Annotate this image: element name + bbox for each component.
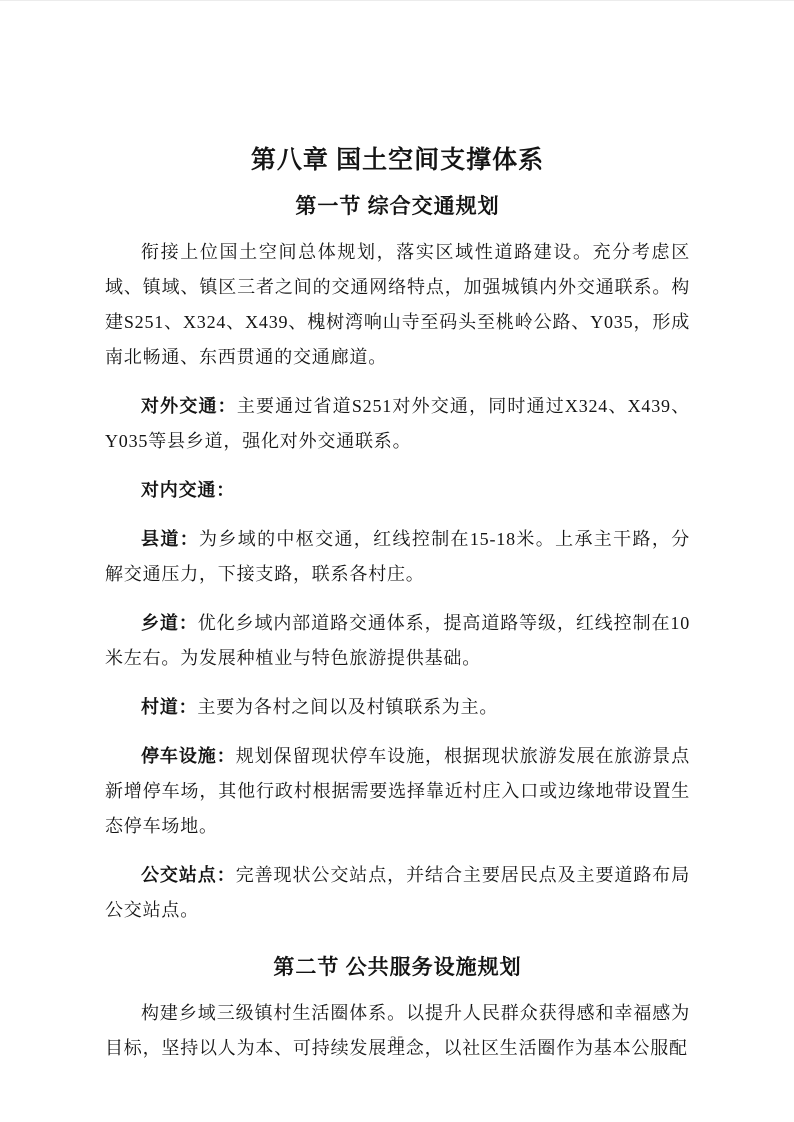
paragraph-text: 主要为各村之间以及村镇联系为主。: [197, 697, 498, 717]
paragraph-county-roads: 县道：为乡域的中枢交通，红线控制在15-18米。上承主干路，分解交通压力，下接支…: [105, 522, 690, 592]
section-comprehensive-transport-planning: 第一节 综合交通规划 衔接上位国土空间总体规划，落实区域性道路建设。充分考虑区域…: [105, 191, 690, 928]
section-1-title: 第一节 综合交通规划: [105, 191, 690, 221]
paragraph-township-roads: 乡道：优化乡域内部道路交通体系，提高道路等级，红线控制在10米左右。为发展种植业…: [105, 606, 690, 676]
paragraph-lead: 停车设施：: [141, 746, 236, 766]
page-number: 35: [0, 1032, 794, 1050]
page-content: 第八章 国土空间支撑体系 第一节 综合交通规划 衔接上位国土空间总体规划，落实区…: [105, 144, 690, 1080]
paragraph-living-circle: 构建乡域三级镇村生活圈体系。以提升人民群众获得感和幸福感为目标，坚持以人为本、可…: [105, 996, 690, 1066]
paragraph-text: 衔接上位国土空间总体规划，落实区域性道路建设。充分考虑区域、镇域、镇区三者之间的…: [105, 242, 690, 367]
document-page: 第八章 国土空间支撑体系 第一节 综合交通规划 衔接上位国土空间总体规划，落实区…: [0, 0, 794, 1122]
paragraph-external-transport: 对外交通：主要通过省道S251对外交通，同时通过X324、X439、Y035等县…: [105, 389, 690, 459]
paragraph-lead: 公交站点：: [141, 865, 236, 885]
section-2-title: 第二节 公共服务设施规划: [105, 952, 690, 982]
chapter-title: 第八章 国土空间支撑体系: [105, 144, 690, 177]
paragraph-intro: 衔接上位国土空间总体规划，落实区域性道路建设。充分考虑区域、镇域、镇区三者之间的…: [105, 235, 690, 375]
paragraph-lead: 乡道：: [141, 613, 198, 633]
paragraph-lead: 对外交通：: [141, 396, 237, 416]
paragraph-lead: 村道：: [141, 697, 197, 717]
paragraph-village-roads: 村道：主要为各村之间以及村镇联系为主。: [105, 690, 690, 725]
paragraph-internal-transport-heading: 对内交通：: [105, 473, 690, 508]
paragraph-bus-stops: 公交站点：完善现状公交站点，并结合主要居民点及主要道路布局公交站点。: [105, 858, 690, 928]
paragraph-lead: 县道：: [141, 529, 199, 549]
paragraph-parking-facilities: 停车设施：规划保留现状停车设施，根据现状旅游发展在旅游景点新增停车场，其他行政村…: [105, 739, 690, 844]
paragraph-lead: 对内交通：: [141, 480, 235, 500]
